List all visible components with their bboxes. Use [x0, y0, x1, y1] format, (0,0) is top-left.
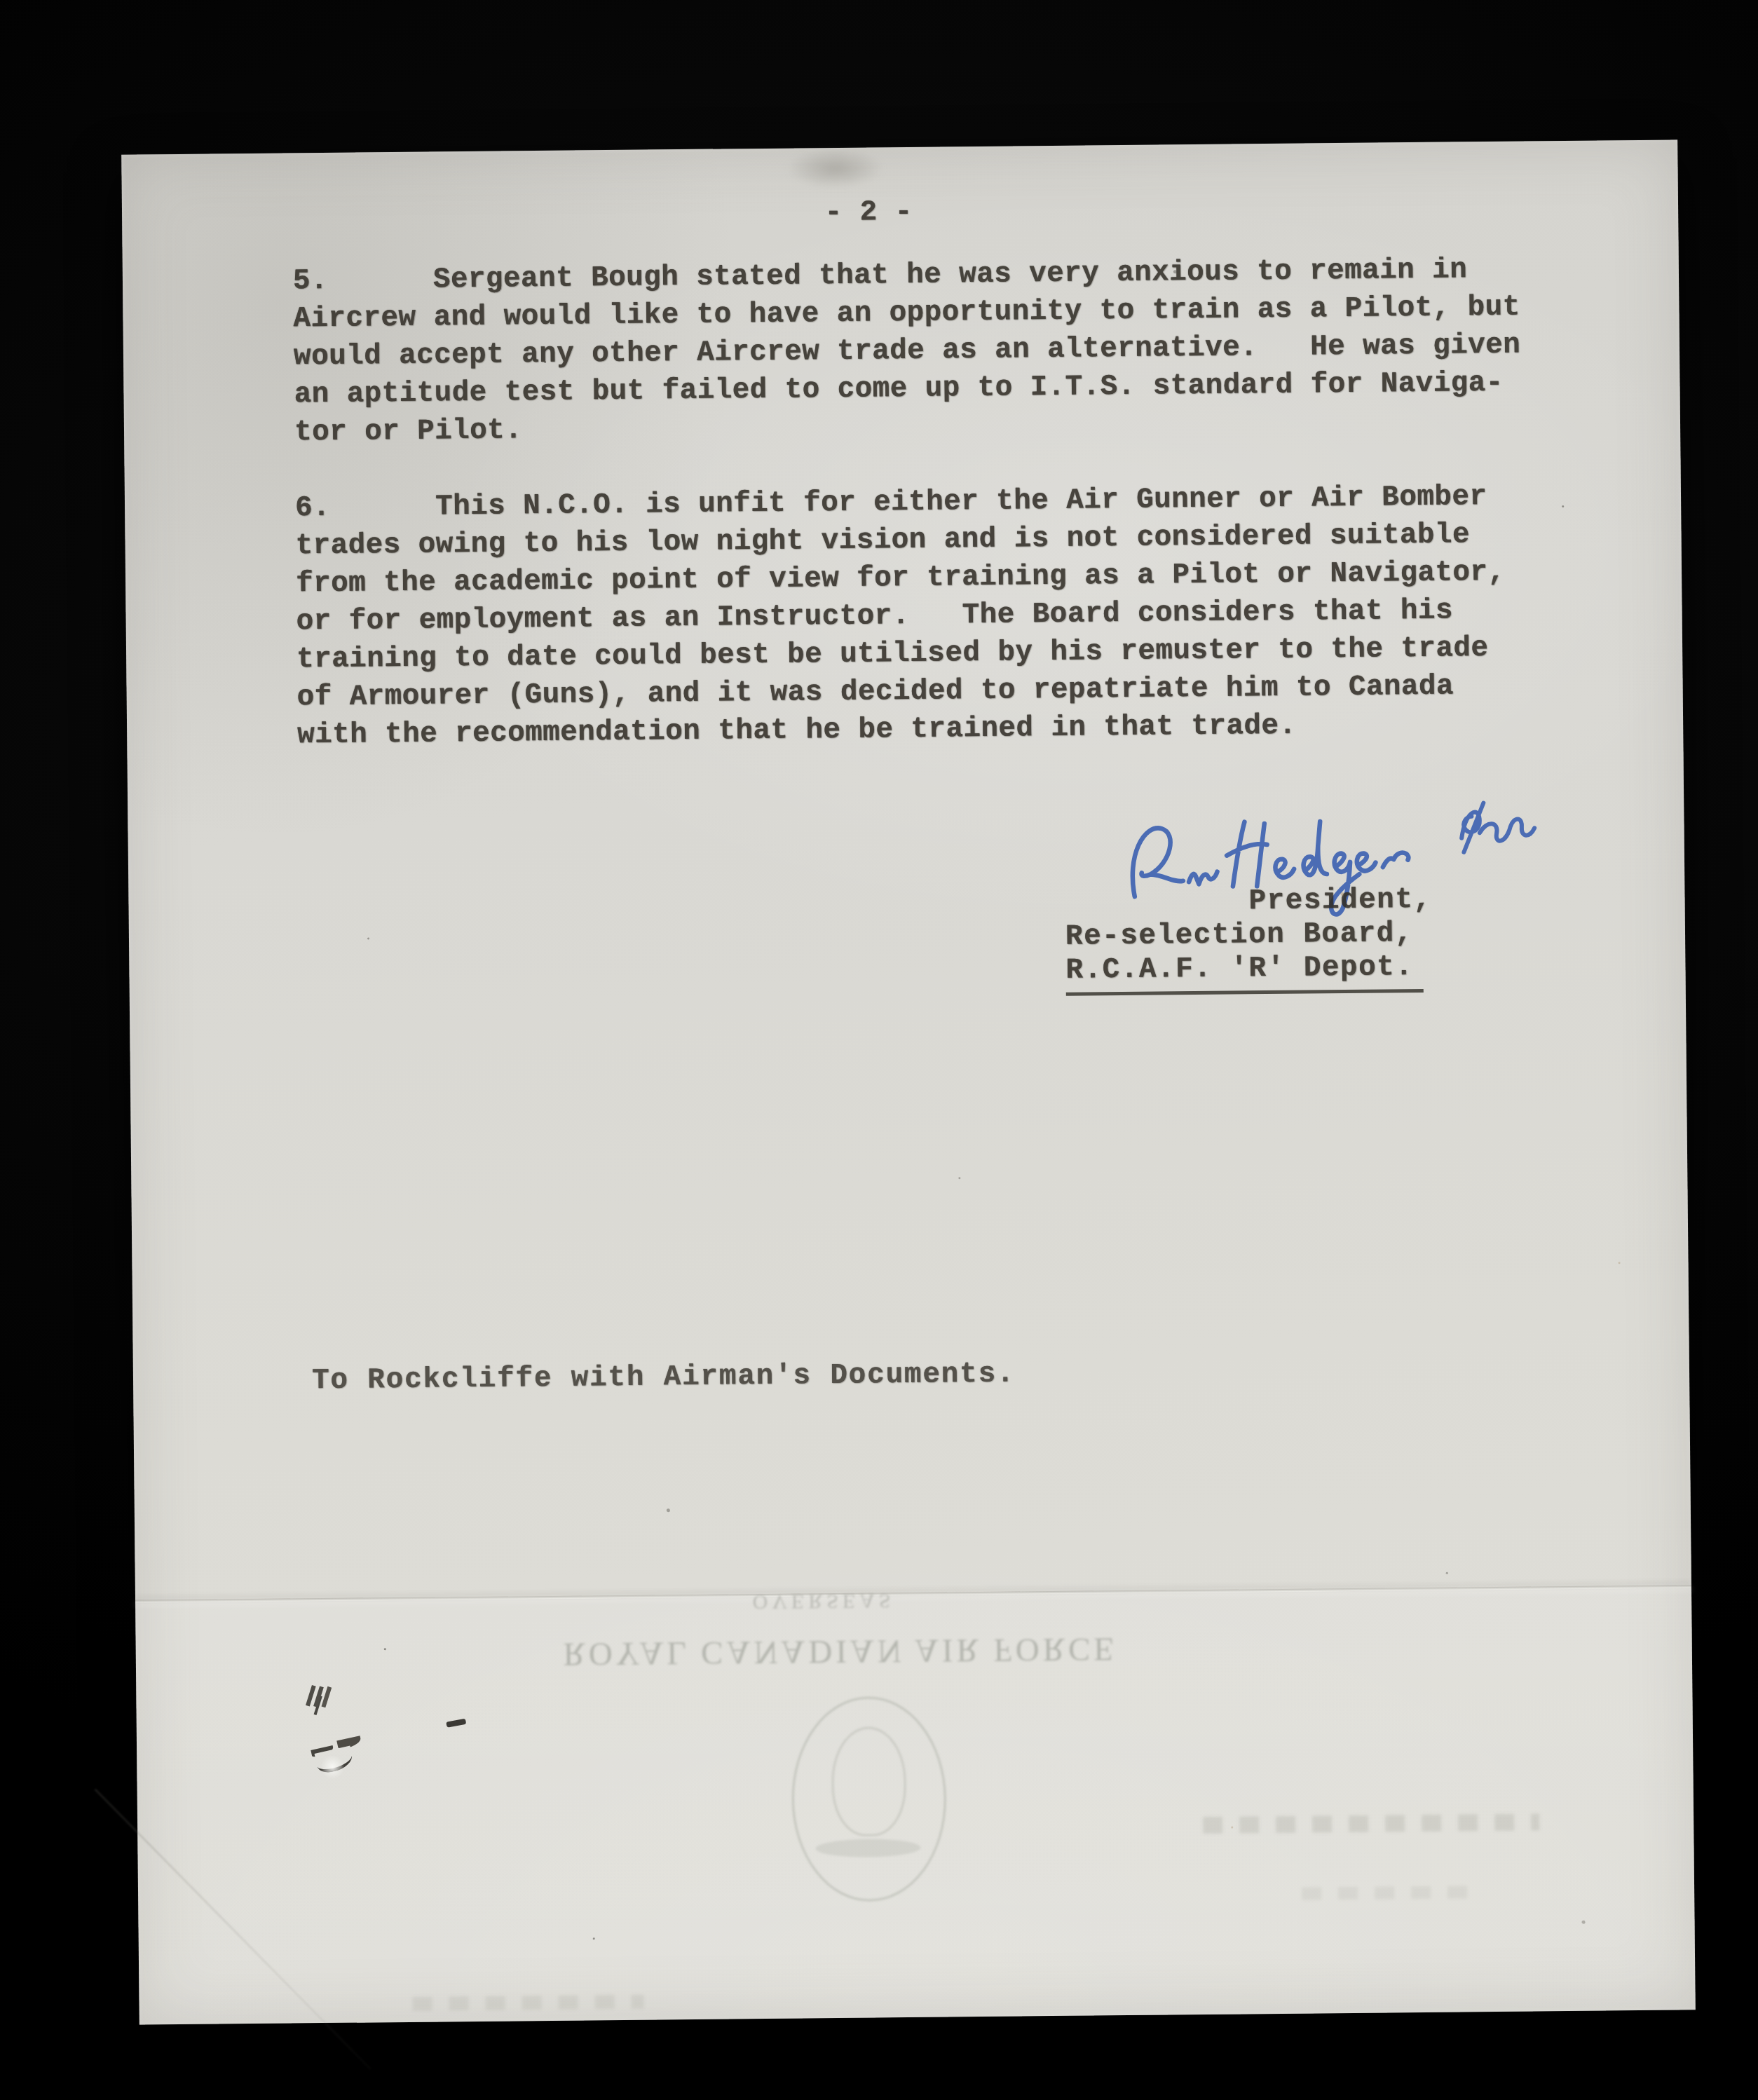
page-number: - 2 -	[791, 193, 946, 232]
showthrough-smudge	[1203, 1813, 1539, 1834]
paragraph-6: 6. This N.C.O. is unfit for either the A…	[295, 478, 1507, 755]
ink-blot-mark	[304, 1731, 355, 1778]
showthrough-smudge	[1302, 1886, 1484, 1900]
showthrough-overseas-text: OVERSEAS	[747, 1588, 901, 1614]
showthrough-smudge	[412, 1995, 643, 2011]
photo-background: - 2 - 5. Sergeant Bough stated that he w…	[0, 0, 1758, 2100]
signature-title-depot: R.C.A.F. 'R' Depot.	[1065, 948, 1424, 996]
showthrough-letterhead-text: ROYAL CANADIAN AIR FORCE	[493, 1629, 1187, 1674]
paragraph-5: 5. Sergeant Bough stated that he was ver…	[293, 251, 1522, 452]
paper-smudge	[786, 147, 885, 189]
signature-stroke-rank	[1459, 800, 1536, 852]
document-page: - 2 - 5. Sergeant Bough stated that he w…	[121, 139, 1696, 2024]
showthrough-crest	[791, 1696, 947, 1902]
routing-note: To Rockcliffe with Airman's Documents.	[312, 1356, 1016, 1400]
paper-specks	[544, 361, 546, 363]
